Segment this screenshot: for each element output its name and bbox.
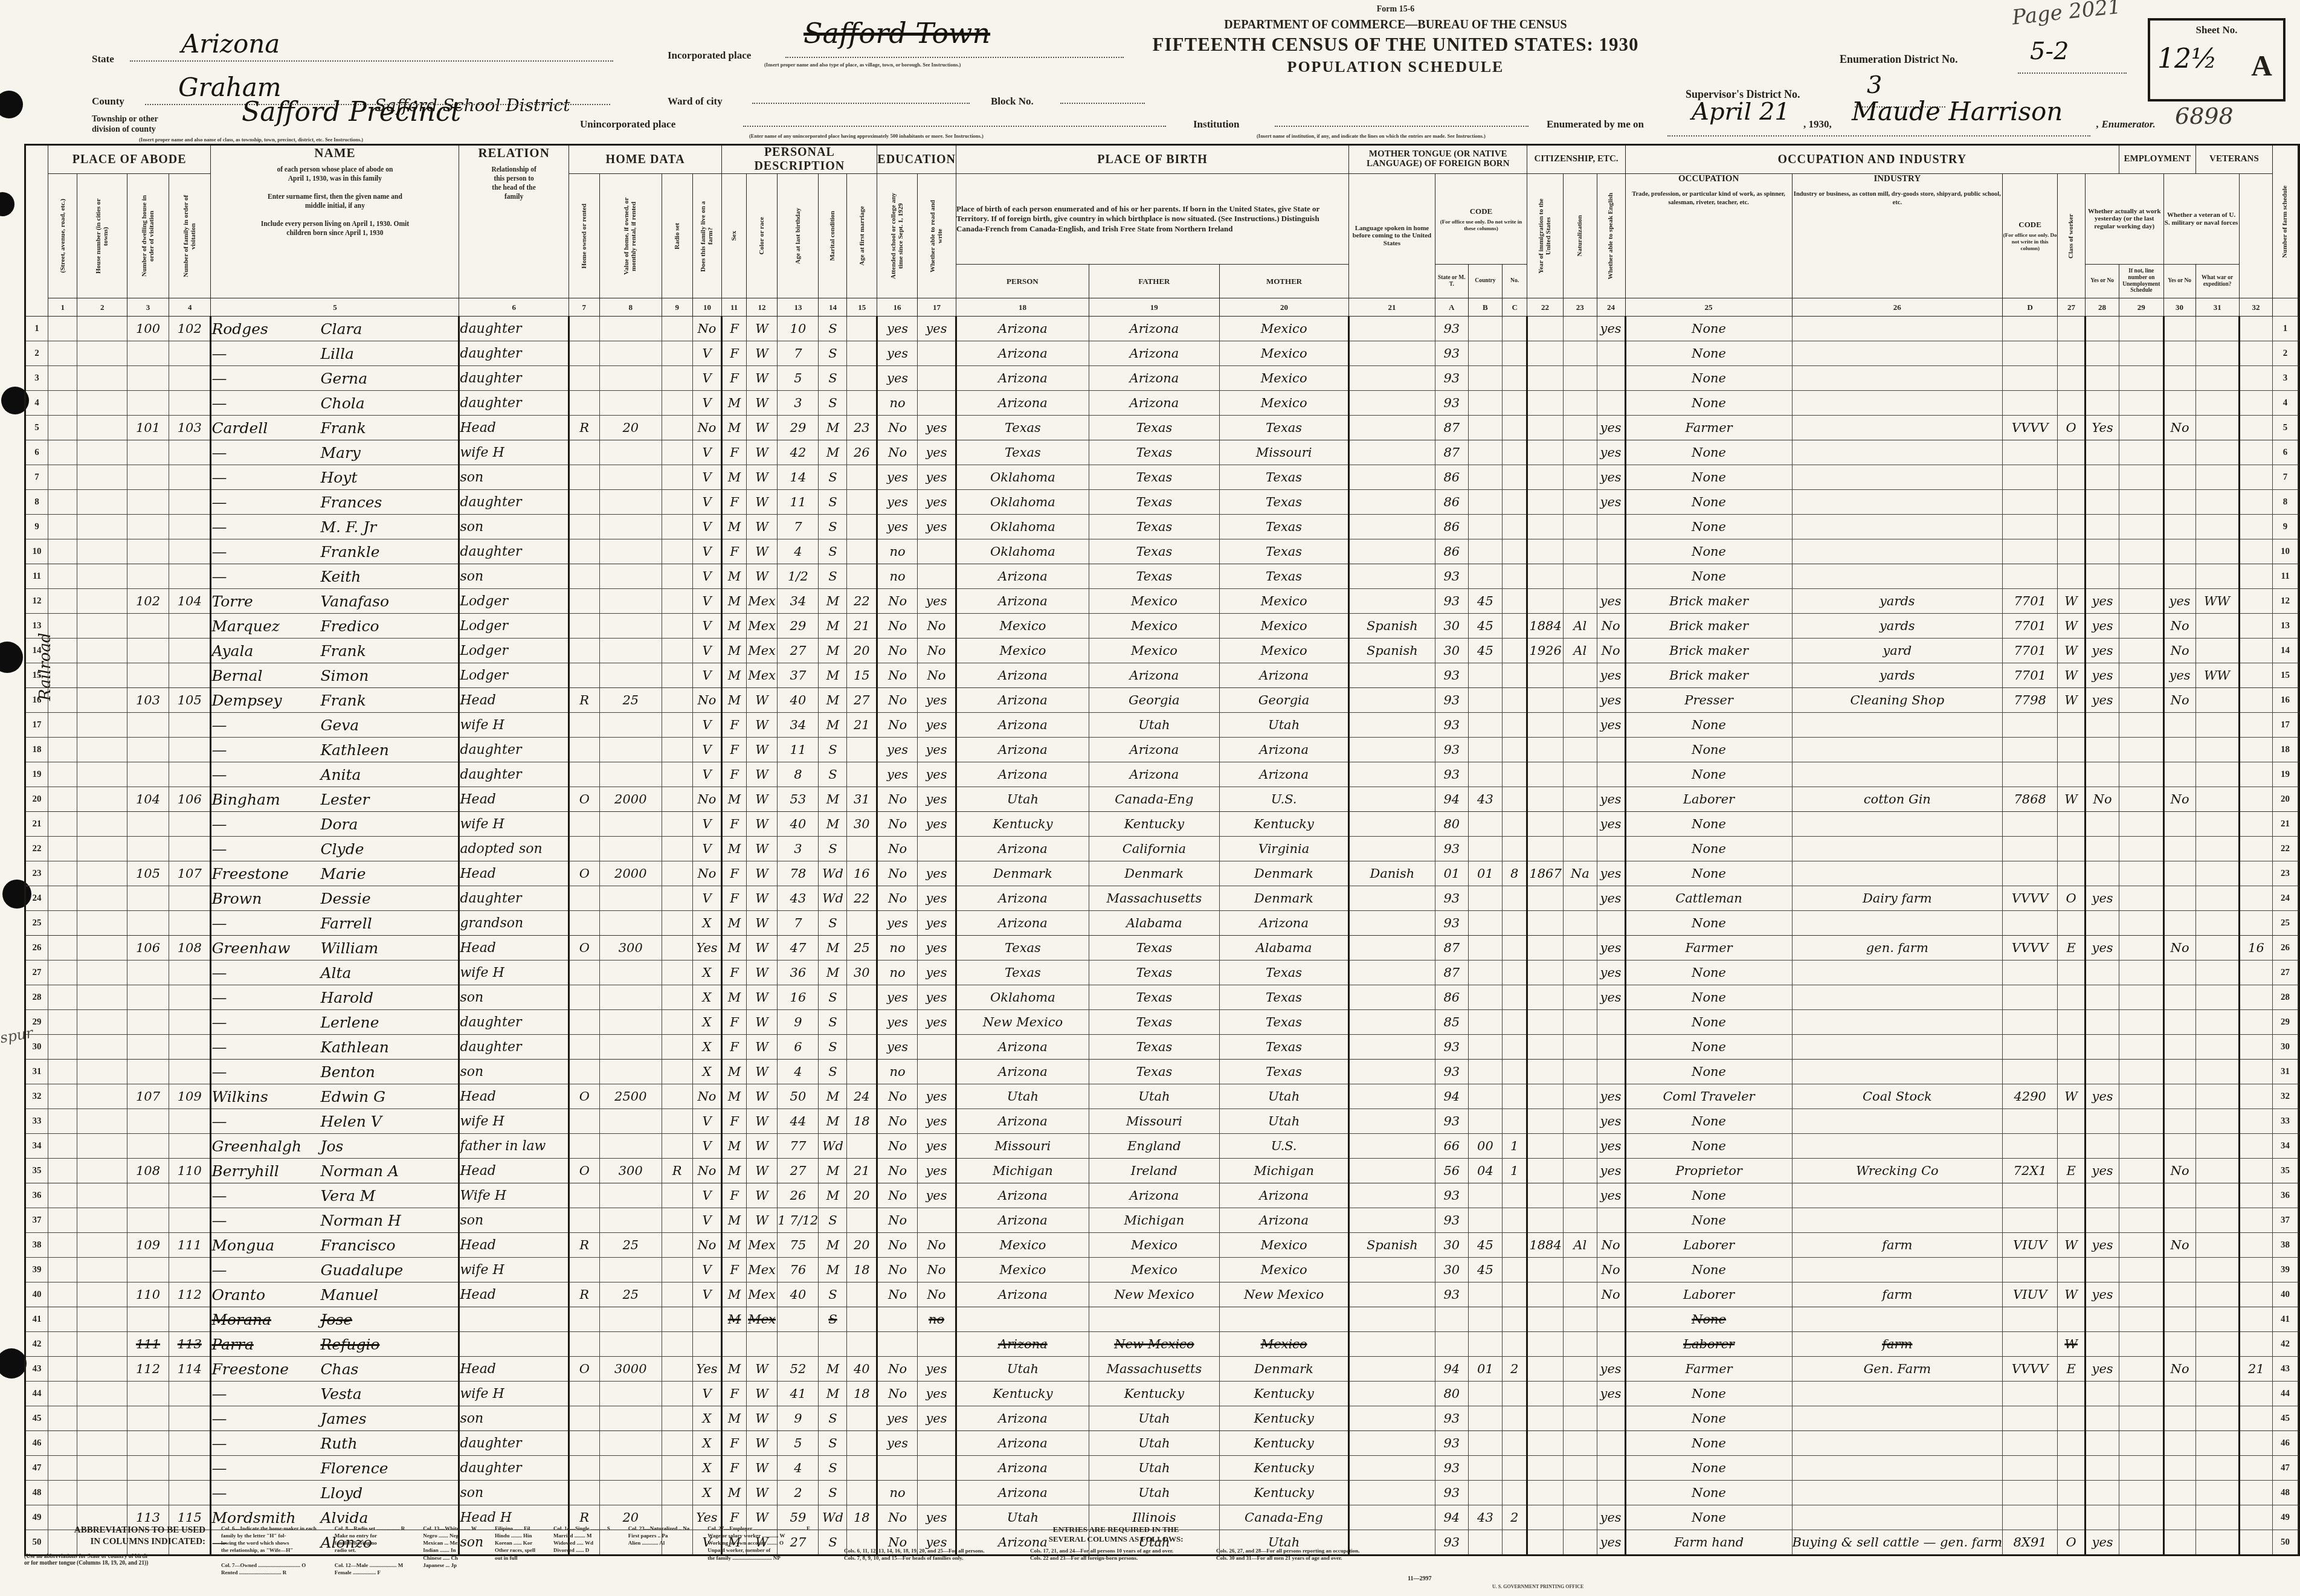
- occupation-row-7: None: [1625, 465, 1792, 490]
- color-or-race-row-3: W: [746, 366, 778, 391]
- lives-on-farm-row-15: V: [692, 663, 722, 688]
- war-or-expedition-row-27: [2195, 960, 2239, 985]
- line-number-row-37: 37: [25, 1208, 48, 1233]
- birthplace-mother-row-29: Texas: [1220, 1010, 1349, 1035]
- age-row-34: 77: [778, 1134, 819, 1159]
- naturalization-row-47: [1563, 1456, 1597, 1481]
- line-number-right-row-1: 1: [2273, 317, 2298, 341]
- name-row-23: FreestoneMarie: [211, 861, 459, 886]
- color-or-race-row-36: W: [746, 1183, 778, 1208]
- war-or-expedition-row-8: [2195, 490, 2239, 515]
- marital-condition-row-1: S: [819, 317, 847, 341]
- occupation-row-22: None: [1625, 837, 1792, 861]
- marital-condition-row-9: S: [819, 515, 847, 539]
- street-row-7: [48, 465, 77, 490]
- marital-condition-row-16: M: [819, 688, 847, 713]
- dwelling-number-row-27: [127, 960, 169, 985]
- age-row-45: 9: [778, 1406, 819, 1431]
- column-number-20: 20: [1220, 298, 1349, 317]
- relation-row-38: Head: [459, 1233, 569, 1258]
- person-row-34: 34GreenhalghJosfather in lawVMW77WdNoyes…: [25, 1134, 2299, 1159]
- veteran-row-34: [2163, 1134, 2195, 1159]
- marital-condition-row-40: S: [819, 1282, 847, 1307]
- code-state-mt-row-14: 30: [1435, 639, 1468, 663]
- birthplace-father-row-30: Texas: [1089, 1035, 1219, 1060]
- speaks-english-row-5: yes: [1597, 416, 1625, 440]
- marital-condition-row-8: S: [819, 490, 847, 515]
- relation-row-47: daughter: [459, 1456, 569, 1481]
- home-value-row-38: 25: [599, 1233, 662, 1258]
- age-row-32: 50: [778, 1084, 819, 1109]
- industry-row-47: [1792, 1456, 2003, 1481]
- age-row-47: 4: [778, 1456, 819, 1481]
- schedule-title: POPULATION SCHEDULE: [1081, 58, 1710, 76]
- immigration-year-row-35: [1527, 1159, 1564, 1183]
- farm-schedule-number-row-26: 16: [2239, 936, 2273, 960]
- code-no-row-9: [1502, 515, 1527, 539]
- birthplace-father-row-16: Georgia: [1089, 688, 1219, 713]
- age-row-22: 3: [778, 837, 819, 861]
- form-number: Form 15-6: [1081, 5, 1710, 14]
- sex-row-40: M: [722, 1282, 746, 1307]
- color-or-race-row-1: W: [746, 317, 778, 341]
- code-state-mt-row-15: 93: [1435, 663, 1468, 688]
- header-country: Country: [1468, 265, 1502, 298]
- column-number-3: 3: [127, 298, 169, 317]
- lives-on-farm-row-2: V: [692, 341, 722, 366]
- farm-schedule-number-row-33: [2239, 1109, 2273, 1134]
- speaks-english-row-7: yes: [1597, 465, 1625, 490]
- name-row-20: BinghamLester: [211, 787, 459, 812]
- line-number-right-row-19: 19: [2273, 762, 2298, 787]
- attended-school-row-43: No: [877, 1357, 918, 1382]
- street-row-16: [48, 688, 77, 713]
- war-or-expedition-row-41: [2195, 1307, 2239, 1332]
- street-row-31: [48, 1060, 77, 1084]
- house-number-row-23: [77, 861, 127, 886]
- birthplace-person-row-7: Oklahoma: [956, 465, 1089, 490]
- war-or-expedition-row-45: [2195, 1406, 2239, 1431]
- farm-schedule-number-row-47: [2239, 1456, 2273, 1481]
- birthplace-father-row-35: Ireland: [1089, 1159, 1219, 1183]
- speaks-english-row-14: No: [1597, 639, 1625, 663]
- attended-school-row-41: [877, 1307, 918, 1332]
- mother-tongue-row-25: [1349, 911, 1435, 936]
- code-state-mt-row-38: 30: [1435, 1233, 1468, 1258]
- birthplace-father-row-21: Kentucky: [1089, 812, 1219, 837]
- relation-row-44: wife H: [459, 1382, 569, 1406]
- entries-line: Cols. 22 and 23—For all foreign-born per…: [1030, 1555, 1202, 1562]
- age-first-marriage-row-22: [847, 837, 877, 861]
- home-value-row-39: [599, 1258, 662, 1282]
- mother-tongue-row-41: [1349, 1307, 1435, 1332]
- industry-row-22: [1792, 837, 2003, 861]
- mother-tongue-row-42: [1349, 1332, 1435, 1357]
- block-label: Block No.: [991, 95, 1034, 108]
- speaks-english-row-29: [1597, 1010, 1625, 1035]
- mother-tongue-row-36: [1349, 1183, 1435, 1208]
- code-country-row-6: [1468, 440, 1502, 465]
- naturalization-row-22: [1563, 837, 1597, 861]
- radio-set-row-16: [662, 688, 692, 713]
- family-number-row-30: [169, 1035, 211, 1060]
- birthplace-person-row-44: Kentucky: [956, 1382, 1089, 1406]
- industry-row-43: Gen. Farm: [1792, 1357, 2003, 1382]
- relation-row-15: Lodger: [459, 663, 569, 688]
- war-or-expedition-row-36: [2195, 1183, 2239, 1208]
- dwelling-number-row-29: [127, 1010, 169, 1035]
- code-country-row-7: [1468, 465, 1502, 490]
- dwelling-number-row-37: [127, 1208, 169, 1233]
- color-or-race-row-23: W: [746, 861, 778, 886]
- code-country-row-30: [1468, 1035, 1502, 1060]
- family-number-row-7: [169, 465, 211, 490]
- birthplace-father-row-46: Utah: [1089, 1431, 1219, 1456]
- department-line: DEPARTMENT OF COMMERCE—BUREAU OF THE CEN…: [1081, 18, 1710, 32]
- unemployment-line-row-21: [2119, 812, 2163, 837]
- unemployment-line-row-25: [2119, 911, 2163, 936]
- class-of-worker-row-44: [2058, 1382, 2086, 1406]
- code-state-mt-row-47: 93: [1435, 1456, 1468, 1481]
- radio-set-row-28: [662, 985, 692, 1010]
- farm-schedule-number-row-10: [2239, 539, 2273, 564]
- census-schedule-page: Form 15-6 DEPARTMENT OF COMMERCE—BUREAU …: [0, 0, 2300, 1596]
- code-country-row-46: [1468, 1431, 1502, 1456]
- war-or-expedition-row-9: [2195, 515, 2239, 539]
- industry-row-6: [1792, 440, 2003, 465]
- family-number-row-15: [169, 663, 211, 688]
- mother-tongue-row-29: [1349, 1010, 1435, 1035]
- person-row-1: 1100102RodgesClaradaughterNoFW10SyesyesA…: [25, 317, 2299, 341]
- mother-tongue-row-11: [1349, 564, 1435, 589]
- at-work-yesterday-row-7: [2086, 465, 2119, 490]
- age-first-marriage-row-10: [847, 539, 877, 564]
- age-first-marriage-row-1: [847, 317, 877, 341]
- house-number-row-2: [77, 341, 127, 366]
- color-or-race-row-7: W: [746, 465, 778, 490]
- code-country-row-43: 01: [1468, 1357, 1502, 1382]
- veteran-row-2: [2163, 341, 2195, 366]
- lives-on-farm-row-44: V: [692, 1382, 722, 1406]
- class-of-worker-row-46: [2058, 1431, 2086, 1456]
- naturalization-row-20: [1563, 787, 1597, 812]
- person-row-31: 31—BentonsonXMW4SnoArizonaTexasTexas93No…: [25, 1060, 2299, 1084]
- unemployment-line-row-22: [2119, 837, 2163, 861]
- header-number-of-family-in-order-of-visitation: Number of family in order of visitation: [169, 174, 211, 298]
- birthplace-person-row-41: [956, 1307, 1089, 1332]
- marital-condition-row-34: Wd: [819, 1134, 847, 1159]
- lives-on-farm-row-33: V: [692, 1109, 722, 1134]
- line-number-right-row-20: 20: [2273, 787, 2298, 812]
- abbreviation-block-3: Col. 13—White ....... W Negro ....... Ne…: [423, 1525, 477, 1576]
- home-value-row-34: [599, 1134, 662, 1159]
- code-no-row-30: [1502, 1035, 1527, 1060]
- mother-tongue-row-38: Spanish: [1349, 1233, 1435, 1258]
- entries-line: Cols. 17, 21, and 24—For all persons 10 …: [1030, 1548, 1202, 1555]
- line-number-row-39: 39: [25, 1258, 48, 1282]
- age-first-marriage-row-11: [847, 564, 877, 589]
- code-country-row-38: 45: [1468, 1233, 1502, 1258]
- column-number-27: 27: [2058, 298, 2086, 317]
- veteran-row-31: [2163, 1060, 2195, 1084]
- home-value-row-17: [599, 713, 662, 738]
- person-row-48: 48—LloydsonXMW2SnoArizonaUtahKentucky93N…: [25, 1481, 2299, 1505]
- person-row-8: 8—FrancesdaughterVFW11SyesyesOklahomaTex…: [25, 490, 2299, 515]
- immigration-year-row-16: [1527, 688, 1564, 713]
- war-or-expedition-row-35: [2195, 1159, 2239, 1183]
- code-state-mt-row-43: 94: [1435, 1357, 1468, 1382]
- name-row-29: —Lerlene: [211, 1010, 459, 1035]
- street-row-44: [48, 1382, 77, 1406]
- attended-school-row-33: No: [877, 1109, 918, 1134]
- name-row-6: —Mary: [211, 440, 459, 465]
- owned-or-rented-row-33: [569, 1109, 599, 1134]
- unemployment-line-row-29: [2119, 1010, 2163, 1035]
- incorporated-value: Safford Town: [804, 17, 990, 50]
- lives-on-farm-row-6: V: [692, 440, 722, 465]
- age-row-9: 7: [778, 515, 819, 539]
- mother-tongue-row-43: [1349, 1357, 1435, 1382]
- speaks-english-row-34: yes: [1597, 1134, 1625, 1159]
- occupation-row-36: None: [1625, 1183, 1792, 1208]
- owned-or-rented-row-2: [569, 341, 599, 366]
- relation-row-21: wife H: [459, 812, 569, 837]
- person-row-22: 22—Clydeadopted sonVMW3SNoArizonaCalifor…: [25, 837, 2299, 861]
- owned-or-rented-row-44: [569, 1382, 599, 1406]
- owned-or-rented-row-21: [569, 812, 599, 837]
- birthplace-father-row-44: Kentucky: [1089, 1382, 1219, 1406]
- ward-fill-line: [752, 93, 970, 104]
- home-value-row-27: [599, 960, 662, 985]
- line-number-row-29: 29: [25, 1010, 48, 1035]
- home-value-row-13: [599, 614, 662, 639]
- unemployment-line-row-7: [2119, 465, 2163, 490]
- line-number-row-12: 12: [25, 589, 48, 614]
- owned-or-rented-row-46: [569, 1431, 599, 1456]
- radio-set-row-15: [662, 663, 692, 688]
- at-work-yesterday-row-8: [2086, 490, 2119, 515]
- naturalization-row-34: [1563, 1134, 1597, 1159]
- line-number-row-2: 2: [25, 341, 48, 366]
- person-row-24: 24BrownDessiedaughterVFW43Wd22NoyesArizo…: [25, 886, 2299, 911]
- occupation-code-row-42: [2003, 1332, 2058, 1357]
- attended-school-row-5: No: [877, 416, 918, 440]
- at-work-yesterday-row-30: [2086, 1035, 2119, 1060]
- at-work-yesterday-row-45: [2086, 1406, 2119, 1431]
- color-or-race-row-40: Mex: [746, 1282, 778, 1307]
- line-number-row-32: 32: [25, 1084, 48, 1109]
- immigration-year-row-9: [1527, 515, 1564, 539]
- birthplace-person-row-37: Arizona: [956, 1208, 1089, 1233]
- at-work-yesterday-row-26: yes: [2086, 936, 2119, 960]
- person-row-18: 18—KathleendaughterVFW11SyesyesArizonaAr…: [25, 738, 2299, 762]
- attended-school-row-15: No: [877, 663, 918, 688]
- birthplace-father-row-12: Mexico: [1089, 589, 1219, 614]
- entries-line: Cols. 26, 27, and 28—For all persons rep…: [1216, 1548, 1388, 1555]
- code-state-mt-row-31: 93: [1435, 1060, 1468, 1084]
- occupation-code-row-25: [2003, 911, 2058, 936]
- radio-set-row-11: [662, 564, 692, 589]
- house-number-row-31: [77, 1060, 127, 1084]
- person-row-17: 17—Gevawife HVFW34M21NoyesArizonaUtahUta…: [25, 713, 2299, 738]
- radio-set-row-29: [662, 1010, 692, 1035]
- age-row-19: 8: [778, 762, 819, 787]
- immigration-year-row-30: [1527, 1035, 1564, 1060]
- line-number-row-10: 10: [25, 539, 48, 564]
- radio-set-row-34: [662, 1134, 692, 1159]
- person-row-38: 38109111MonguaFranciscoHeadR25NoMMex75M2…: [25, 1233, 2299, 1258]
- radio-set-row-44: [662, 1382, 692, 1406]
- at-work-yesterday-row-27: [2086, 960, 2119, 985]
- person-row-12: 12102104TorreVanafasoLodgerVMMex34M22Noy…: [25, 589, 2299, 614]
- code-no-row-42: [1502, 1332, 1527, 1357]
- radio-set-row-20: [662, 787, 692, 812]
- lives-on-farm-row-35: No: [692, 1159, 722, 1183]
- attended-school-row-37: No: [877, 1208, 918, 1233]
- occupation-code-row-43: VVVV: [2003, 1357, 2058, 1382]
- line-number-right-row-13: 13: [2273, 614, 2298, 639]
- veteran-row-19: [2163, 762, 2195, 787]
- speaks-english-row-32: yes: [1597, 1084, 1625, 1109]
- naturalization-row-19: [1563, 762, 1597, 787]
- marital-condition-row-7: S: [819, 465, 847, 490]
- code-country-row-31: [1468, 1060, 1502, 1084]
- state-label: State: [92, 53, 114, 65]
- class-of-worker-row-18: [2058, 738, 2086, 762]
- color-or-race-row-20: W: [746, 787, 778, 812]
- street-row-2: [48, 341, 77, 366]
- lives-on-farm-row-14: V: [692, 639, 722, 663]
- column-number-31: 31: [2195, 298, 2239, 317]
- read-write-row-4: [917, 391, 956, 416]
- radio-set-row-19: [662, 762, 692, 787]
- class-of-worker-row-16: W: [2058, 688, 2086, 713]
- family-number-row-8: [169, 490, 211, 515]
- occupation-row-1: None: [1625, 317, 1792, 341]
- occupation-code-row-39: [2003, 1258, 2058, 1282]
- veteran-row-40: [2163, 1282, 2195, 1307]
- farm-schedule-number-row-24: [2239, 886, 2273, 911]
- naturalization-row-24: [1563, 886, 1597, 911]
- farm-schedule-number-row-17: [2239, 713, 2273, 738]
- age-first-marriage-row-28: [847, 985, 877, 1010]
- state-fill-line: [130, 51, 613, 62]
- war-or-expedition-row-13: [2195, 614, 2239, 639]
- lives-on-farm-row-5: No: [692, 416, 722, 440]
- line-number-row-14: 14: [25, 639, 48, 663]
- class-of-worker-row-9: [2058, 515, 2086, 539]
- occupation-code-row-35: 72X1: [2003, 1159, 2058, 1183]
- veteran-row-16: No: [2163, 688, 2195, 713]
- veteran-row-47: [2163, 1456, 2195, 1481]
- radio-set-row-45: [662, 1406, 692, 1431]
- read-write-row-22: [917, 837, 956, 861]
- name-row-22: —Clyde: [211, 837, 459, 861]
- relation-row-20: Head: [459, 787, 569, 812]
- dwelling-number-row-39: [127, 1258, 169, 1282]
- age-first-marriage-row-46: [847, 1431, 877, 1456]
- dwelling-number-row-13: [127, 614, 169, 639]
- line-number-right-row-12: 12: [2273, 589, 2298, 614]
- relation-row-48: son: [459, 1481, 569, 1505]
- birthplace-person-row-42: Arizona: [956, 1332, 1089, 1357]
- naturalization-row-48: [1563, 1481, 1597, 1505]
- code-state-mt-row-48: 93: [1435, 1481, 1468, 1505]
- relation-row-4: daughter: [459, 391, 569, 416]
- radio-set-row-42: [662, 1332, 692, 1357]
- immigration-year-row-8: [1527, 490, 1564, 515]
- street-row-35: [48, 1159, 77, 1183]
- home-value-row-1: [599, 317, 662, 341]
- read-write-row-9: yes: [917, 515, 956, 539]
- occupation-code-row-32: 4290: [2003, 1084, 2058, 1109]
- class-of-worker-row-42: W: [2058, 1332, 2086, 1357]
- speaks-english-row-40: No: [1597, 1282, 1625, 1307]
- occupation-code-row-19: [2003, 762, 2058, 787]
- enumerator-name: Maude Harrison: [1852, 97, 2063, 126]
- unemployment-line-row-26: [2119, 936, 2163, 960]
- dwelling-number-row-17: [127, 713, 169, 738]
- dwelling-number-row-5: 101: [127, 416, 169, 440]
- person-row-16: 16103105DempseyFrankHeadR25NoMW40M27Noye…: [25, 688, 2299, 713]
- occupation-code-row-24: VVVV: [2003, 886, 2058, 911]
- unemployment-line-row-43: [2119, 1357, 2163, 1382]
- birthplace-mother-row-30: Texas: [1220, 1035, 1349, 1060]
- person-row-29: 29—LerlenedaughterXFW9SyesyesNew MexicoT…: [25, 1010, 2299, 1035]
- farm-schedule-number-row-2: [2239, 341, 2273, 366]
- lives-on-farm-row-16: No: [692, 688, 722, 713]
- marital-condition-row-24: Wd: [819, 886, 847, 911]
- age-row-36: 26: [778, 1183, 819, 1208]
- occupation-code-row-48: [2003, 1481, 2058, 1505]
- column-number-18: 18: [956, 298, 1089, 317]
- birthplace-mother-row-19: Arizona: [1220, 762, 1349, 787]
- sex-row-38: M: [722, 1233, 746, 1258]
- speaks-english-row-38: No: [1597, 1233, 1625, 1258]
- owned-or-rented-row-42: [569, 1332, 599, 1357]
- home-value-row-15: [599, 663, 662, 688]
- family-number-row-36: [169, 1183, 211, 1208]
- column-number-11: 11: [722, 298, 746, 317]
- industry-row-30: [1792, 1035, 2003, 1060]
- color-or-race-row-32: W: [746, 1084, 778, 1109]
- header-mother: MOTHER: [1220, 265, 1349, 298]
- occupation-row-30: None: [1625, 1035, 1792, 1060]
- code-state-mt-row-45: 93: [1435, 1406, 1468, 1431]
- dwelling-number-row-14: [127, 639, 169, 663]
- class-of-worker-row-38: W: [2058, 1233, 2086, 1258]
- industry-row-39: [1792, 1258, 2003, 1282]
- farm-schedule-number-row-7: [2239, 465, 2273, 490]
- relation-row-46: daughter: [459, 1431, 569, 1456]
- birthplace-mother-row-8: Texas: [1220, 490, 1349, 515]
- naturalization-row-10: [1563, 539, 1597, 564]
- war-or-expedition-row-40: [2195, 1282, 2239, 1307]
- birthplace-father-row-27: Texas: [1089, 960, 1219, 985]
- age-row-43: 52: [778, 1357, 819, 1382]
- unemployment-line-row-31: [2119, 1060, 2163, 1084]
- family-number-row-45: [169, 1406, 211, 1431]
- farm-schedule-number-row-48: [2239, 1481, 2273, 1505]
- age-row-42: [778, 1332, 819, 1357]
- age-first-marriage-row-9: [847, 515, 877, 539]
- header-what-war-or-expedition-: What war or expedition?: [2195, 265, 2239, 298]
- home-value-row-48: [599, 1481, 662, 1505]
- line-number-row-22: 22: [25, 837, 48, 861]
- code-state-mt-row-3: 93: [1435, 366, 1468, 391]
- owned-or-rented-row-23: O: [569, 861, 599, 886]
- marital-condition-row-38: M: [819, 1233, 847, 1258]
